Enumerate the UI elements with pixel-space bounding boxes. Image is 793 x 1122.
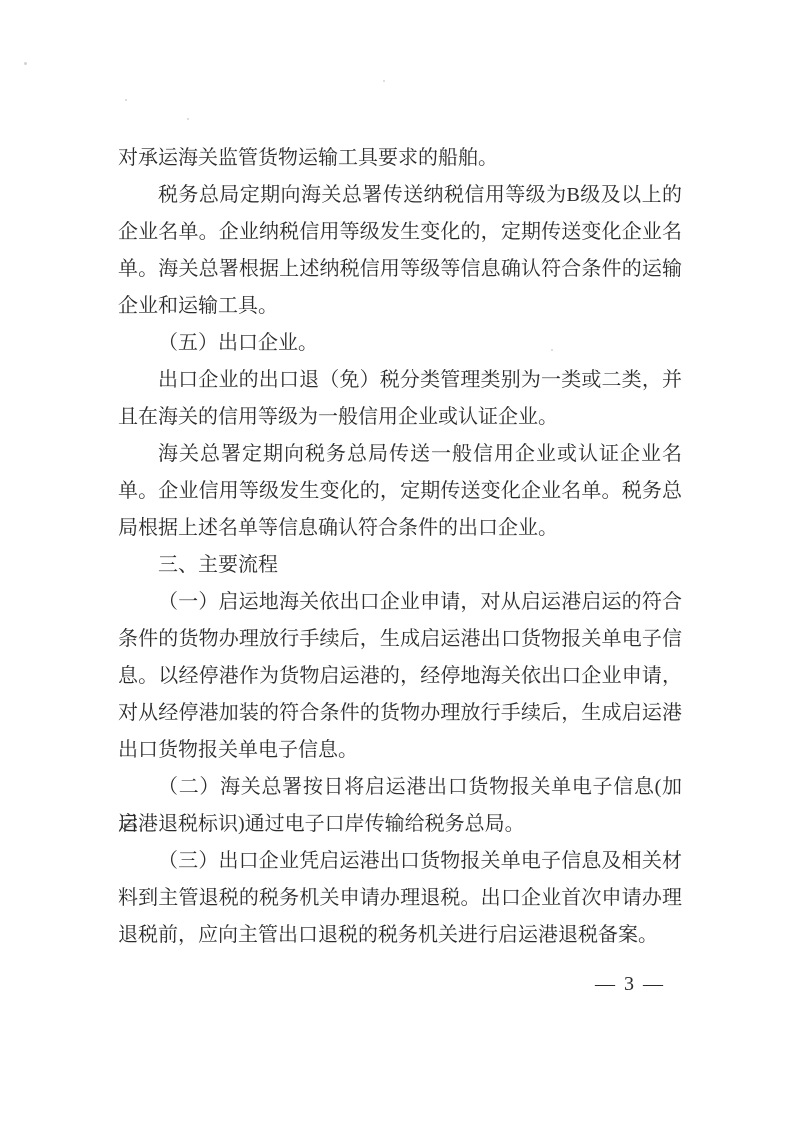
section-heading-export-enterprises: （五）出口企业。	[118, 325, 682, 362]
text-line: 出口企业的出口退（免）税分类管理类别为一类或二类，并	[118, 362, 682, 399]
text-line: 单。企业信用等级发生变化的，定期传送变化企业名单。税务总	[118, 473, 682, 510]
text-line: （二）海关总署按日将启运港出口货物报关单电子信息(加启	[118, 769, 682, 806]
text-line: 企业和运输工具。	[118, 288, 682, 325]
document-body: 对承运海关监管货物运输工具要求的船舶。 税务总局定期向海关总署传送纳税信用等级为…	[118, 140, 682, 954]
scan-speck	[125, 99, 127, 101]
document-page: 对承运海关监管货物运输工具要求的船舶。 税务总局定期向海关总署传送纳税信用等级为…	[0, 0, 793, 1122]
text-line: 局根据上述名单等信息确认符合条件的出口企业。	[118, 510, 682, 547]
text-line: 退税前，应向主管出口退税的税务机关进行启运港退税备案。	[118, 917, 682, 954]
text-line: （一）启运地海关依出口企业申请，对从启运港启运的符合	[118, 584, 682, 621]
text-line: 企业名单。企业纳税信用等级发生变化的，定期传送变化企业名	[118, 214, 682, 251]
text-line: 海关总署定期向税务总局传送一般信用企业或认证企业名	[118, 436, 682, 473]
scan-speck	[187, 118, 189, 120]
text-line: 对从经停港加装的符合条件的货物办理放行手续后，生成启运港	[118, 695, 682, 732]
page-number: — 3 —	[568, 966, 692, 1003]
scan-speck	[24, 62, 27, 65]
text-line: 运港退税标识)通过电子口岸传输给税务总局。	[118, 806, 682, 843]
text-line: 料到主管退税的税务机关申请办理退税。出口企业首次申请办理	[118, 880, 682, 917]
text-line: 单。海关总署根据上述纳税信用等级等信息确认符合条件的运输	[118, 251, 682, 288]
text-line: 息。以经停港作为货物启运港的，经停地海关依出口企业申请，	[118, 658, 682, 695]
text-line: 对承运海关监管货物运输工具要求的船舶。	[118, 140, 682, 177]
section-heading-main-process: 三、主要流程	[118, 547, 682, 584]
scan-speck	[383, 80, 385, 82]
text-line: 出口货物报关单电子信息。	[118, 732, 682, 769]
text-line: 且在海关的信用等级为一般信用企业或认证企业。	[118, 399, 682, 436]
text-line: （三）出口企业凭启运港出口货物报关单电子信息及相关材	[118, 843, 682, 880]
text-line: 条件的货物办理放行手续后，生成启运港出口货物报关单电子信	[118, 621, 682, 658]
text-line: 税务总局定期向海关总署传送纳税信用等级为B级及以上的	[118, 177, 682, 214]
